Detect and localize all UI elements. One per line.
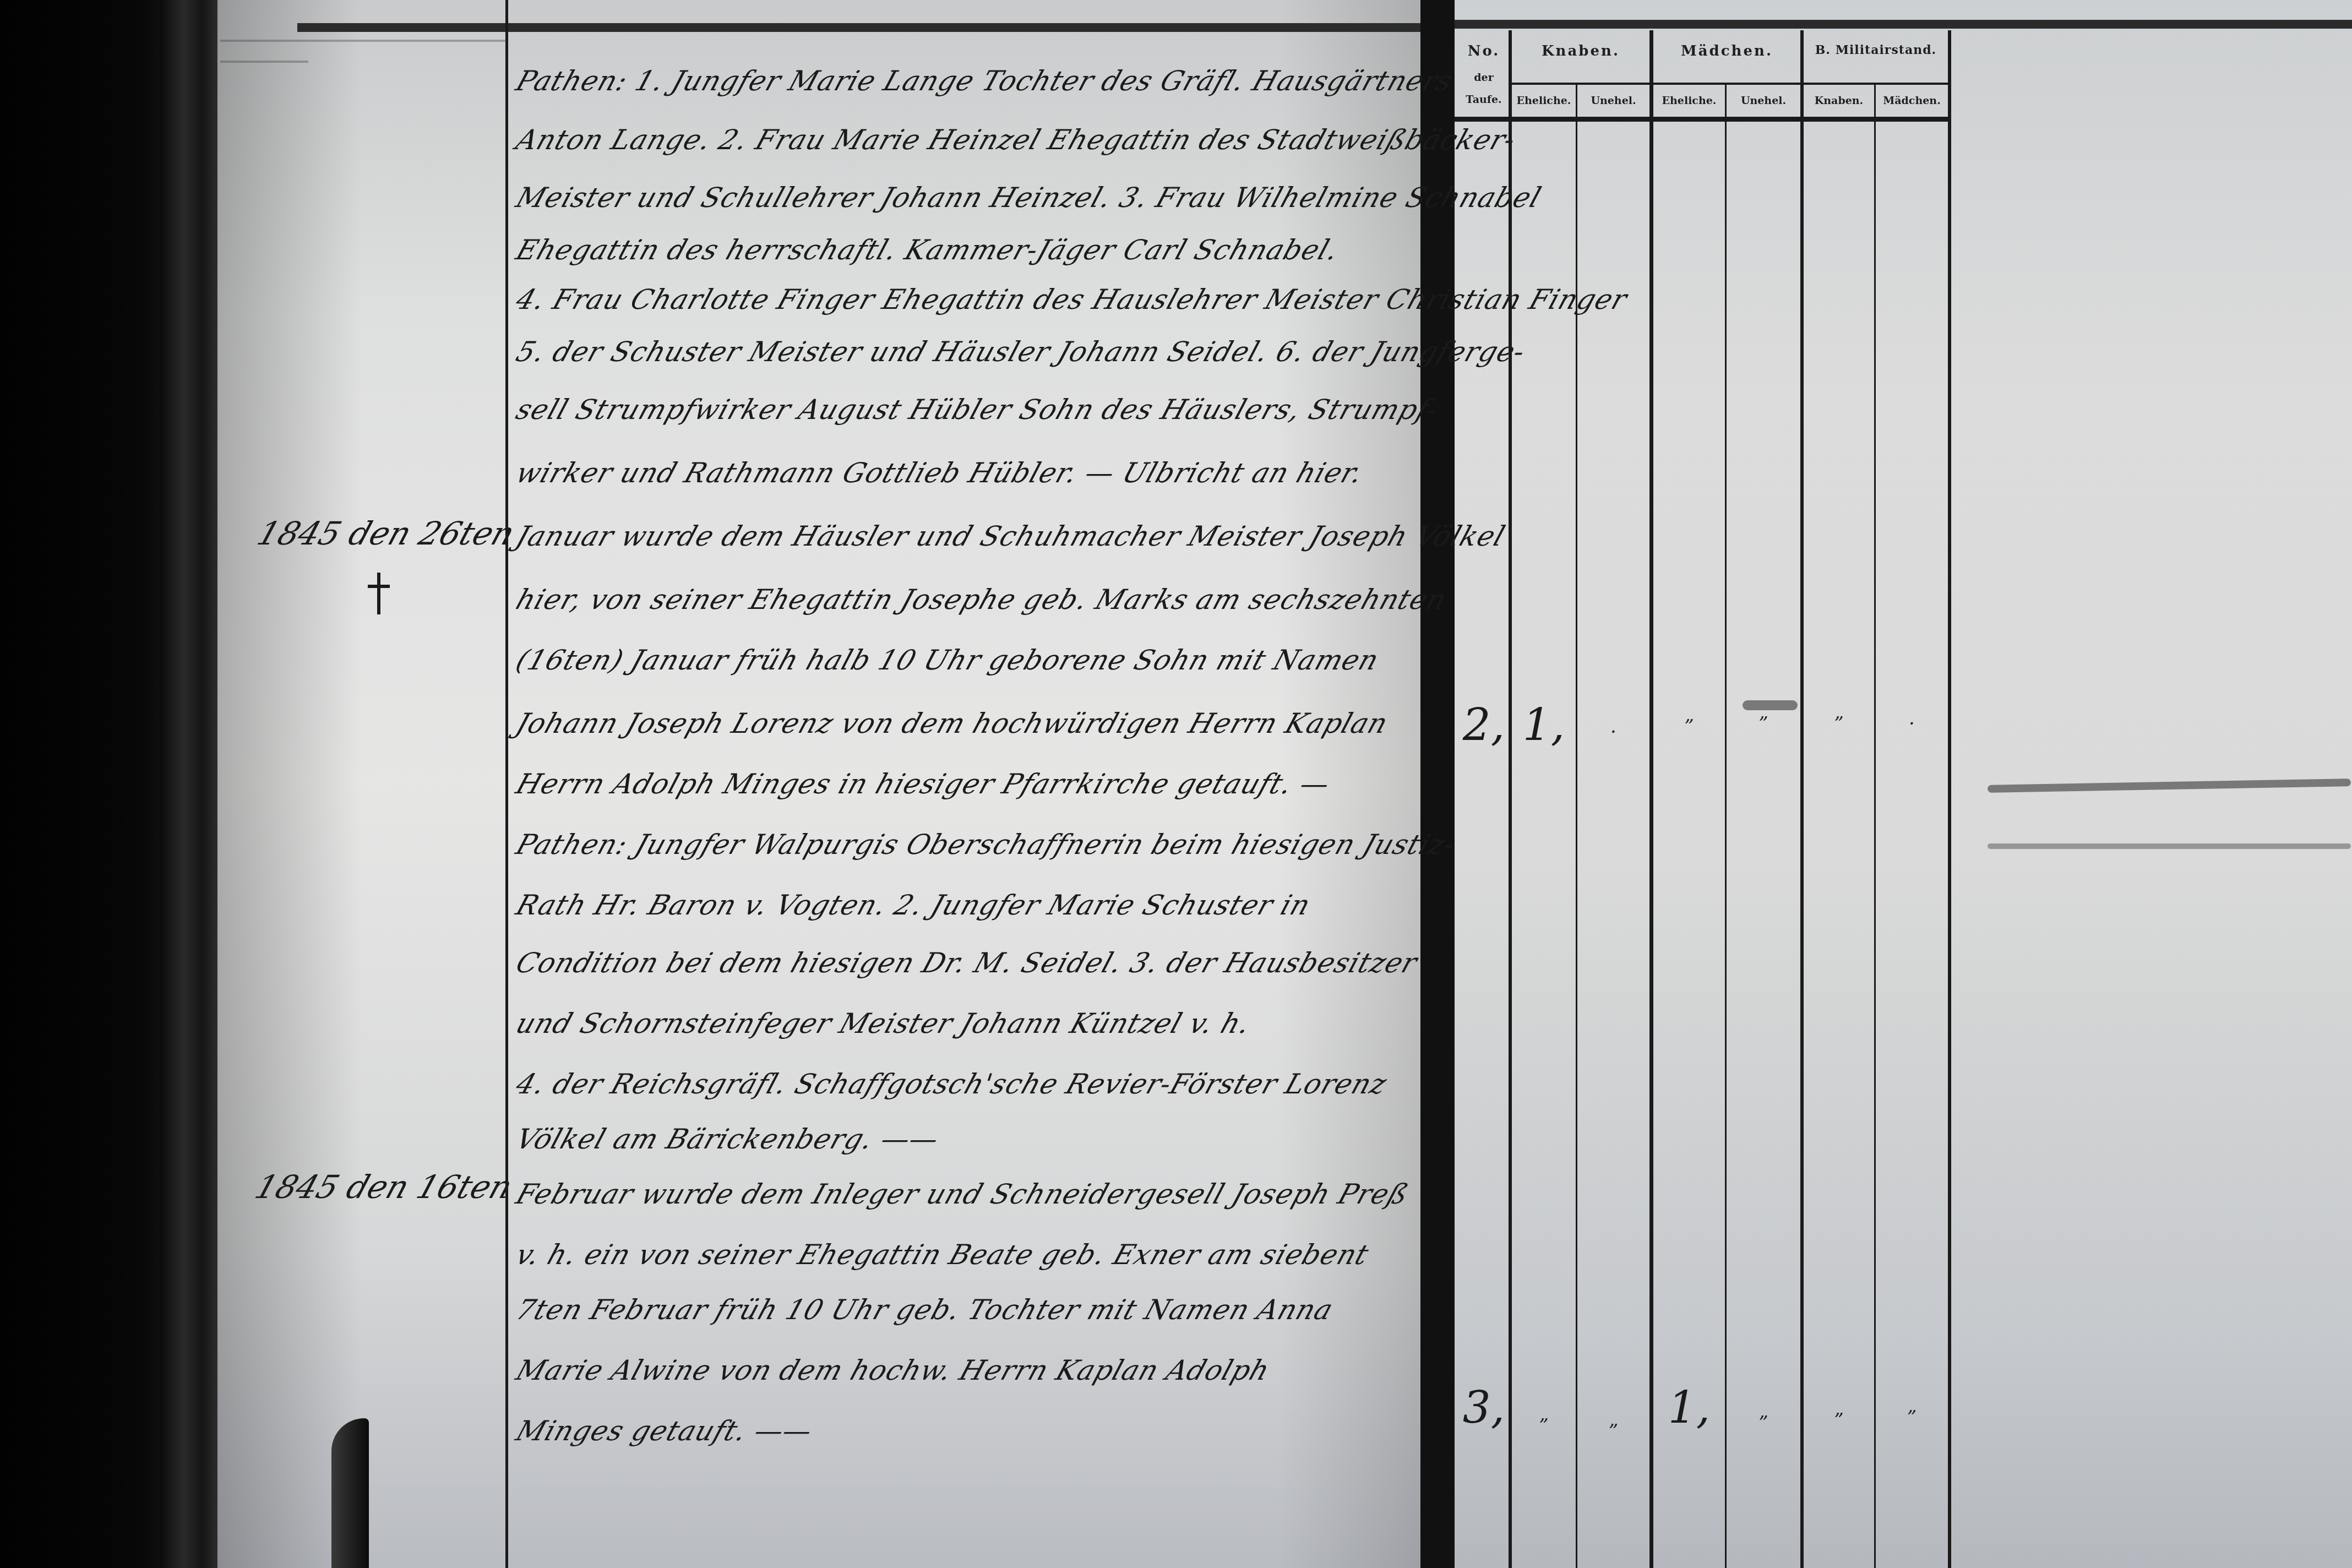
row-number: 2,	[1460, 699, 1507, 750]
cell-militair-maedchen: ”	[1876, 1407, 1948, 1429]
cell-knaben-unehel: ·	[1577, 721, 1649, 743]
handwritten-line: Pathen: 1. Jungfer Marie Lange Tochter d…	[512, 65, 1425, 97]
left-margin-line	[505, 0, 508, 1568]
cell-knaben-ehelich: 1,	[1512, 699, 1576, 750]
right-page-top-rule	[1455, 20, 2352, 29]
entry-2-line: Minges getauft. ——	[512, 1415, 1425, 1447]
entry-1-margin-date: 1845 den 26ten	[253, 515, 519, 552]
ink-smear	[1988, 843, 2351, 849]
handwritten-line: wirker und Rathmann Gottlieb Hübler. — U…	[512, 457, 1425, 489]
cross-icon	[368, 573, 390, 614]
book-gutter	[1420, 0, 1455, 1568]
entry-2-date-text: 1845 den 16ten	[251, 1168, 517, 1206]
pointer-stick	[331, 1418, 369, 1568]
column-line	[1800, 30, 1804, 1568]
handwritten-line: 5. der Schuster Meister und Häusler Joha…	[512, 336, 1425, 368]
cell-maedchen-unehel: ”	[1727, 713, 1800, 735]
cell-maedchen-ehelich: ”	[1653, 716, 1725, 738]
entry-1-line: Johann Joseph Lorenz von dem hochwürdige…	[512, 707, 1425, 739]
handwritten-line: Ehegattin des herrschaftl. Kammer-Jäger …	[512, 234, 1425, 266]
entry-2-margin-date: 1845 den 16ten	[251, 1168, 517, 1206]
subheader-knaben-unehel: Unehel.	[1577, 95, 1649, 107]
header-subdivider	[1509, 83, 1949, 85]
column-line	[1649, 30, 1653, 1568]
row-number: 3,	[1460, 1382, 1507, 1433]
header-no: No.	[1460, 43, 1507, 59]
ink-smudge	[1743, 700, 1798, 710]
cell-maedchen-ehelich: 1,	[1653, 1382, 1725, 1433]
cell-knaben-ehelich: ”	[1512, 1415, 1576, 1437]
entry-1-line: Condition bei dem hiesigen Dr. M. Seidel…	[512, 947, 1425, 979]
entry-1-line: 4. der Reichsgräfl. Schaffgotsch'sche Re…	[512, 1068, 1425, 1100]
entry-2-line: Februar wurde dem Inleger und Schneiderg…	[512, 1178, 1425, 1210]
entry-1-line: Herrn Adolph Minges in hiesiger Pfarrkir…	[512, 768, 1425, 800]
page-stack-edge	[160, 0, 220, 1568]
entry-1-line: Völkel am Bärickenberg. ——	[512, 1123, 1425, 1155]
entry-2-line: 7ten Februar früh 10 Uhr geb. Tochter mi…	[512, 1294, 1425, 1326]
cell-maedchen-unehel: ”	[1727, 1412, 1800, 1434]
column-line	[1576, 83, 1577, 1568]
handwritten-line: Meister und Schullehrer Johann Heinzel. …	[512, 182, 1425, 214]
handwritten-line: Anton Lange. 2. Frau Marie Heinzel Ehega…	[512, 124, 1425, 156]
cell-knaben-unehel: ”	[1577, 1420, 1649, 1442]
subheader-knaben-ehelich: Eheliche.	[1512, 95, 1576, 107]
handwritten-line: 4. Frau Charlotte Finger Ehegattin des H…	[512, 284, 1425, 315]
header-militairstand: B. Militairstand.	[1804, 43, 1948, 57]
cell-militair-maedchen: ·	[1876, 713, 1948, 735]
subheader-militair-knaben: Knaben.	[1804, 95, 1874, 107]
entry-1-date-text: 1845 den 26ten	[253, 515, 519, 552]
entry-2-line: v. h. ein von seiner Ehegattin Beate geb…	[512, 1239, 1425, 1271]
guide-line	[220, 61, 308, 63]
entry-1-line: und Schornsteinfeger Meister Johann Künt…	[512, 1008, 1425, 1039]
entry-1-line: Januar wurde dem Häusler und Schuhmacher…	[512, 520, 1425, 552]
book-binding-shadow	[0, 0, 165, 1568]
column-line	[1874, 83, 1876, 1568]
entry-1-line: Rath Hr. Baron v. Vogten. 2. Jungfer Mar…	[512, 889, 1425, 921]
column-line	[1948, 30, 1951, 1568]
column-line	[1725, 83, 1727, 1568]
left-page-top-rule	[297, 23, 1420, 32]
column-line	[1509, 30, 1512, 1568]
entry-1-line: (16ten) Januar früh halb 10 Uhr geborene…	[512, 644, 1425, 676]
subheader-maedchen-unehel: Unehel.	[1727, 95, 1800, 107]
header-taufe: Taufe.	[1460, 94, 1507, 106]
subheader-militair-maedchen: Mädchen.	[1876, 95, 1948, 107]
header-knaben: Knaben.	[1512, 43, 1649, 59]
cell-militair-knaben: ”	[1804, 713, 1874, 735]
header-bottom-rule	[1455, 117, 1949, 122]
entry-2-line: Marie Alwine von dem hochw. Herrn Kaplan…	[512, 1354, 1425, 1386]
subheader-maedchen-ehelich: Eheliche.	[1653, 95, 1725, 107]
guide-line	[220, 40, 507, 42]
header-maedchen: Mädchen.	[1653, 43, 1800, 59]
entry-1-line: hier, von seiner Ehegattin Josephe geb. …	[512, 584, 1425, 616]
header-der: der	[1460, 72, 1507, 84]
entry-1-line: Pathen: Jungfer Walpurgis Oberschaffneri…	[512, 829, 1425, 861]
handwritten-line: sell Strumpfwirker August Hübler Sohn de…	[512, 394, 1425, 426]
cell-militair-knaben: ”	[1804, 1409, 1874, 1431]
